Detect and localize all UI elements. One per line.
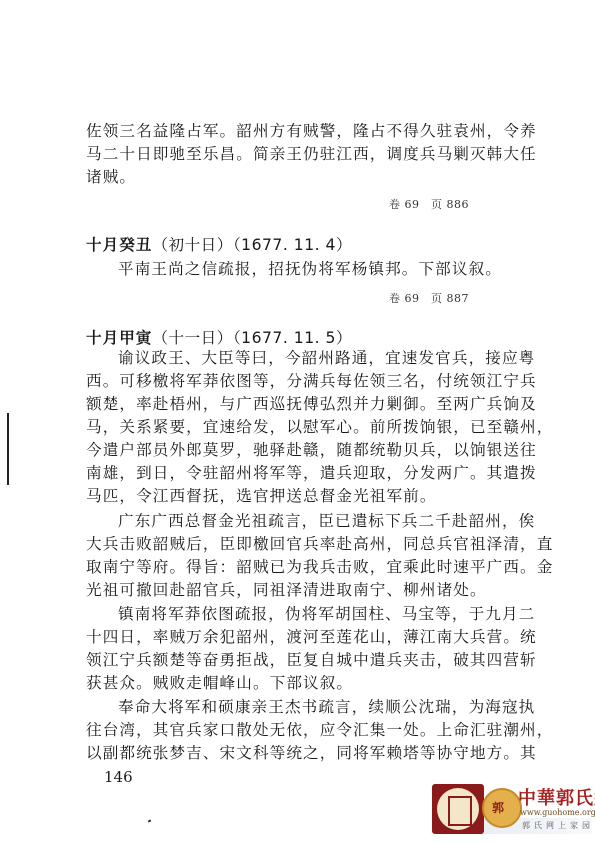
heading-gregorian: （1677. 11. 5） xyxy=(233,329,352,347)
text-line: 平南王尚之信疏报，招抚伪将军杨镇邦。下部议叙。 xyxy=(118,260,558,278)
logo-subtitle: 郭氏网上家园 xyxy=(522,820,594,831)
text-line: 奉命大将军和硕康亲王杰书疏言，续顺公沈瑞，为海寇执 xyxy=(118,698,558,716)
text-line: 取南宁等府。得旨：韶贼已为我兵击败，宜乘此时速平广西。金 xyxy=(86,558,526,576)
text-line: 镇南将军莽依图疏报，伪将军胡国柱、马宝等，于九月二 xyxy=(118,605,558,623)
logo-url: www.guohome.org xyxy=(520,808,595,817)
text-line: 西。可移檄将军莽依图等，分满兵每佐领三名，付统领江宁兵 xyxy=(86,372,526,390)
text-line: 南雄，到日，令驻韶州将军等，遣兵迎取，分发两广。其遣拨 xyxy=(86,464,526,482)
text-line: 诸贼。 xyxy=(86,168,526,186)
logo-title: 中華郭氏網 xyxy=(518,784,595,810)
heading-date: 十月癸丑 xyxy=(86,236,152,254)
text-line: 佐领三名益隆占军。韶州方有贼警，隆占不得久驻袁州，令养 xyxy=(86,122,526,140)
seal-icon: 郭 xyxy=(482,788,522,828)
scan-margin-mark xyxy=(7,413,9,485)
text-line: 获甚众。贼败走帽峰山。下部议叙。 xyxy=(86,674,526,692)
text-line: 马，关系紧要，宜速给发，以慰军心。前所拨饷银，已至赣州， xyxy=(86,418,526,436)
entry-heading: 十月癸丑（初十日）（1677. 11. 4） xyxy=(86,236,352,254)
page-number: 146 xyxy=(104,768,133,786)
text-line: 往台湾，其官兵家口散处无依，应令汇集一处。上命汇驻潮州， xyxy=(86,721,526,739)
emblem-icon xyxy=(432,784,484,834)
heading-day: （初十日） xyxy=(152,236,232,254)
citation: 卷 69 页 887 xyxy=(389,290,469,306)
text-line: 谕议政王、大臣等曰，今韶州路通，宜速发官兵，接应粤 xyxy=(118,349,558,367)
citation: 卷 69 页 886 xyxy=(389,196,469,212)
text-line: 十四日，率贼万余犯韶州，渡河至莲花山，薄江南大兵营。统 xyxy=(86,628,526,646)
text-line: 马匹，令江西督抚，选官押送总督金光祖军前。 xyxy=(86,487,526,505)
entry-heading: 十月甲寅（十一日）（1677. 11. 5） xyxy=(86,329,352,347)
heading-date: 十月甲寅 xyxy=(86,329,152,347)
text-line: 光祖可撤回赴韶官兵，同祖泽清进取南宁、柳州诸处。 xyxy=(86,581,526,599)
heading-day: （十一日） xyxy=(152,329,232,347)
text-line: 马二十日即驰至乐昌。简亲王仍驻江西，调度兵马剿灭韩大任 xyxy=(86,145,526,163)
heading-gregorian: （1677. 11. 4） xyxy=(233,236,352,254)
text-line: 大兵击败韶贼后，臣即檄回官兵率赴高州，同总兵官祖泽清，直 xyxy=(86,535,526,553)
text-line: 广东广西总督金光祖疏言，臣已遣标下兵二千赴韶州，俟 xyxy=(118,512,558,530)
watermark-logo: 郭 中華郭氏網 www.guohome.org 郭氏网上家园 xyxy=(432,784,592,836)
text-line: 今遣户部员外郎莫罗，驰驿赴赣，随都统勒贝兵，以饷银送往 xyxy=(86,441,526,459)
text-line: 额楚，率赴梧州，与广西巡抚傅弘烈并力剿御。至两广兵饷及 xyxy=(86,395,526,413)
text-line: 以副都统张梦吉、宋文科等统之，同将军赖塔等协守地方。其 xyxy=(86,744,526,762)
scan-speck xyxy=(148,819,152,822)
text-line: 领江宁兵额楚等奋勇拒战，臣复自城中遣兵夹击，破其四营斩 xyxy=(86,651,526,669)
